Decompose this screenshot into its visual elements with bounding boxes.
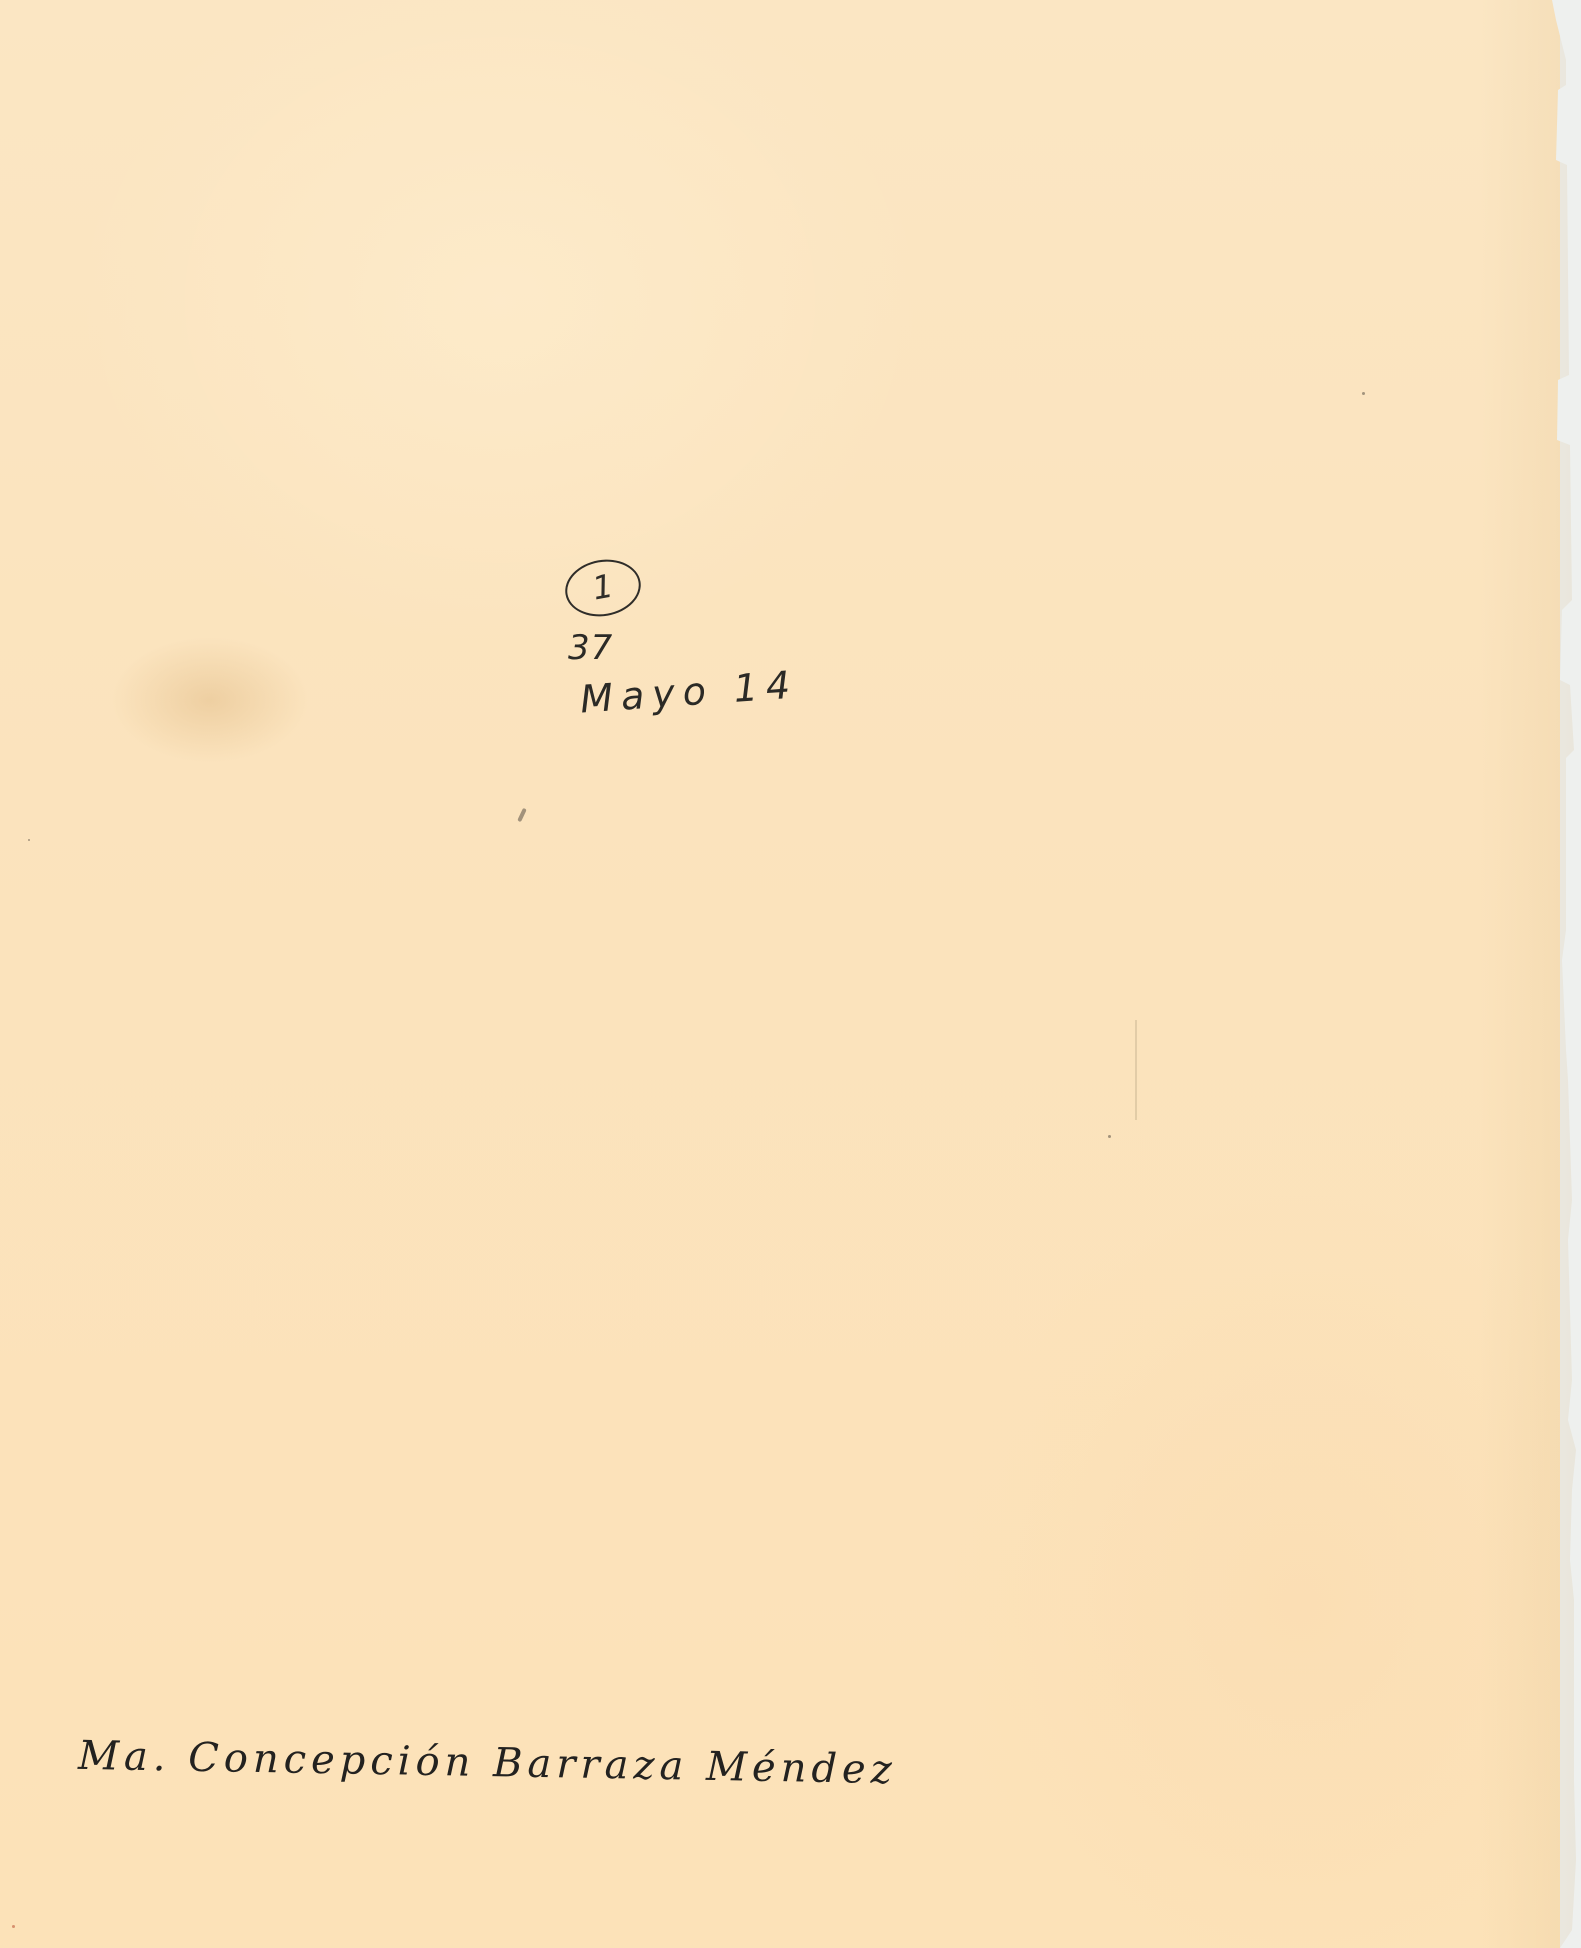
paper-speck — [1108, 1135, 1111, 1138]
circled-page-number: 1 — [561, 554, 646, 622]
handwritten-item-number: 37 — [568, 628, 613, 668]
crease-mark — [1135, 1020, 1137, 1120]
paper-speck — [28, 839, 30, 841]
document-page: 1 37 Mayo 14 Ma. Concepción Barraza Ménd… — [0, 0, 1560, 1948]
handwritten-date: Mayo 14 — [579, 662, 800, 721]
paper-speck — [1362, 392, 1365, 395]
handwritten-signature: Ma. Concepción Barraza Méndez — [78, 1733, 898, 1793]
page-edge-shadow — [1480, 0, 1580, 1948]
paper-speck — [12, 1925, 15, 1928]
pencil-mark — [517, 808, 527, 822]
circled-number-text: 1 — [564, 562, 642, 612]
